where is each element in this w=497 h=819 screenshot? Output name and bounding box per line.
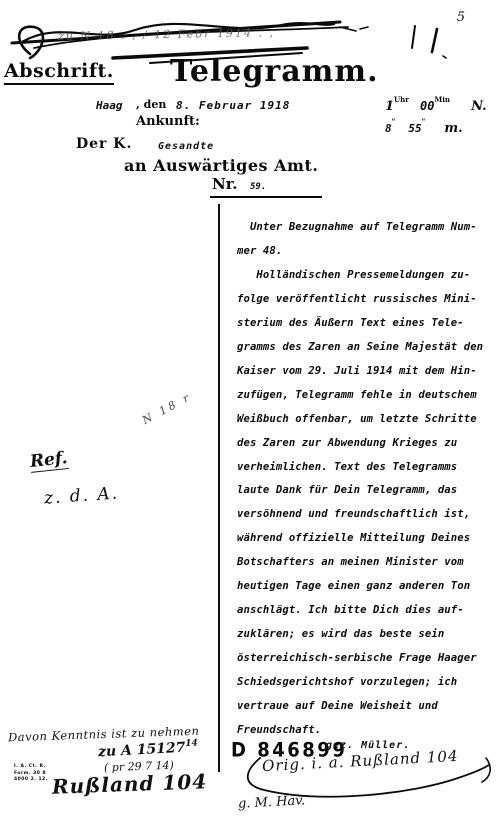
body-line: heutigen Tage einen ganz anderen Ton	[237, 575, 493, 599]
nr-value: 59.	[250, 182, 266, 192]
body-line: gramms des Zaren an Seine Majestät den	[237, 336, 493, 360]
page-number: 5	[457, 10, 465, 25]
margin-file-note: z. d. A.	[43, 483, 119, 508]
arrival-meridiem-2: m.	[444, 121, 462, 136]
vertical-rule	[218, 204, 220, 772]
body-line: zuklären; es wird das beste sein	[237, 623, 493, 647]
copy-label: Abschrift.	[4, 60, 114, 85]
telegram-document-page: zu N 18 . , / 12 Febr 1914 . , 5 Abschri…	[0, 0, 497, 819]
dateline-place: Haag	[96, 99, 123, 112]
body-line: Holländischen Pressemeldungen zu-	[237, 264, 493, 288]
ditto-mark-2: "	[422, 117, 426, 126]
arrival-time-line-1: 1Uhr 00Min N.	[385, 95, 487, 114]
body-line: versöhnend und freundschaftlich ist,	[237, 503, 493, 527]
body-line: anschlägt. Ich bitte Dich dies auf-	[237, 599, 493, 623]
sender-role: Gesandte	[158, 141, 214, 152]
margin-ref-note: Ref.	[29, 448, 69, 473]
margin-pencil-note: N 18 r	[140, 390, 194, 427]
sender-prefix: Der K.	[76, 136, 132, 152]
body-line: während offizielle Mitteilung Deines	[237, 527, 493, 551]
body-line: sterium des Äußern Text eines Tele-	[237, 312, 493, 336]
telegram-body: Unter Bezugnahme auf Telegramm Num- mer …	[237, 216, 493, 743]
body-line: zufügen, Telegramm fehle in deutschem	[237, 384, 493, 408]
body-line: österreichisch-serbische Frage Haager	[237, 647, 493, 671]
dateline-date: 8. Februar 1918	[176, 99, 290, 112]
body-line: Kaiser vom 29. Juli 1914 mit dem Hin-	[237, 360, 493, 384]
bottom-parenthesis-strokes	[0, 730, 497, 819]
uhr-label: Uhr	[394, 95, 409, 104]
dateline-den-label: , den	[136, 98, 166, 111]
arrival-meridiem: N.	[471, 99, 487, 114]
nr-label: Nr.	[212, 175, 237, 193]
recipient-line: an Auswärtiges Amt.	[124, 156, 318, 175]
body-line: des Zaren zur Abwendung Krieges zu	[237, 432, 493, 456]
ditto-mark-1: "	[392, 117, 396, 126]
min-label: Min	[434, 95, 450, 104]
arrival-minutes-2: 55	[408, 122, 421, 135]
arrival-hour: 1	[385, 99, 394, 114]
body-line: vertraue auf Deine Weisheit und	[237, 695, 493, 719]
number-line: Nr. 59.	[210, 175, 322, 198]
pen-tick-1	[412, 26, 415, 48]
arrival-label: Ankunft:	[136, 114, 200, 129]
arrival-minutes: 00	[420, 99, 434, 113]
body-line: folge veröffentlicht russisches Mini-	[237, 288, 493, 312]
body-line: Weißbuch offenbar, um letzte Schritte	[237, 408, 493, 432]
body-line: mer 48.	[237, 240, 493, 264]
arrival-time-line-2: 8" 55" m.	[385, 117, 463, 136]
body-line: verheimlichen. Text des Telegramms	[237, 456, 493, 480]
body-line: laute Dank für Dein Telegramm, das	[237, 479, 493, 503]
document-title: Telegramm.	[170, 54, 379, 89]
body-line: Botschafters an meinen Minister vom	[237, 551, 493, 575]
body-line: Schiedsgerichtshof vorzulegen; ich	[237, 671, 493, 695]
arrival-hour-2: 8	[385, 122, 392, 135]
body-line: Unter Bezugnahme auf Telegramm Num-	[237, 216, 493, 240]
pen-tick-2	[432, 29, 437, 52]
